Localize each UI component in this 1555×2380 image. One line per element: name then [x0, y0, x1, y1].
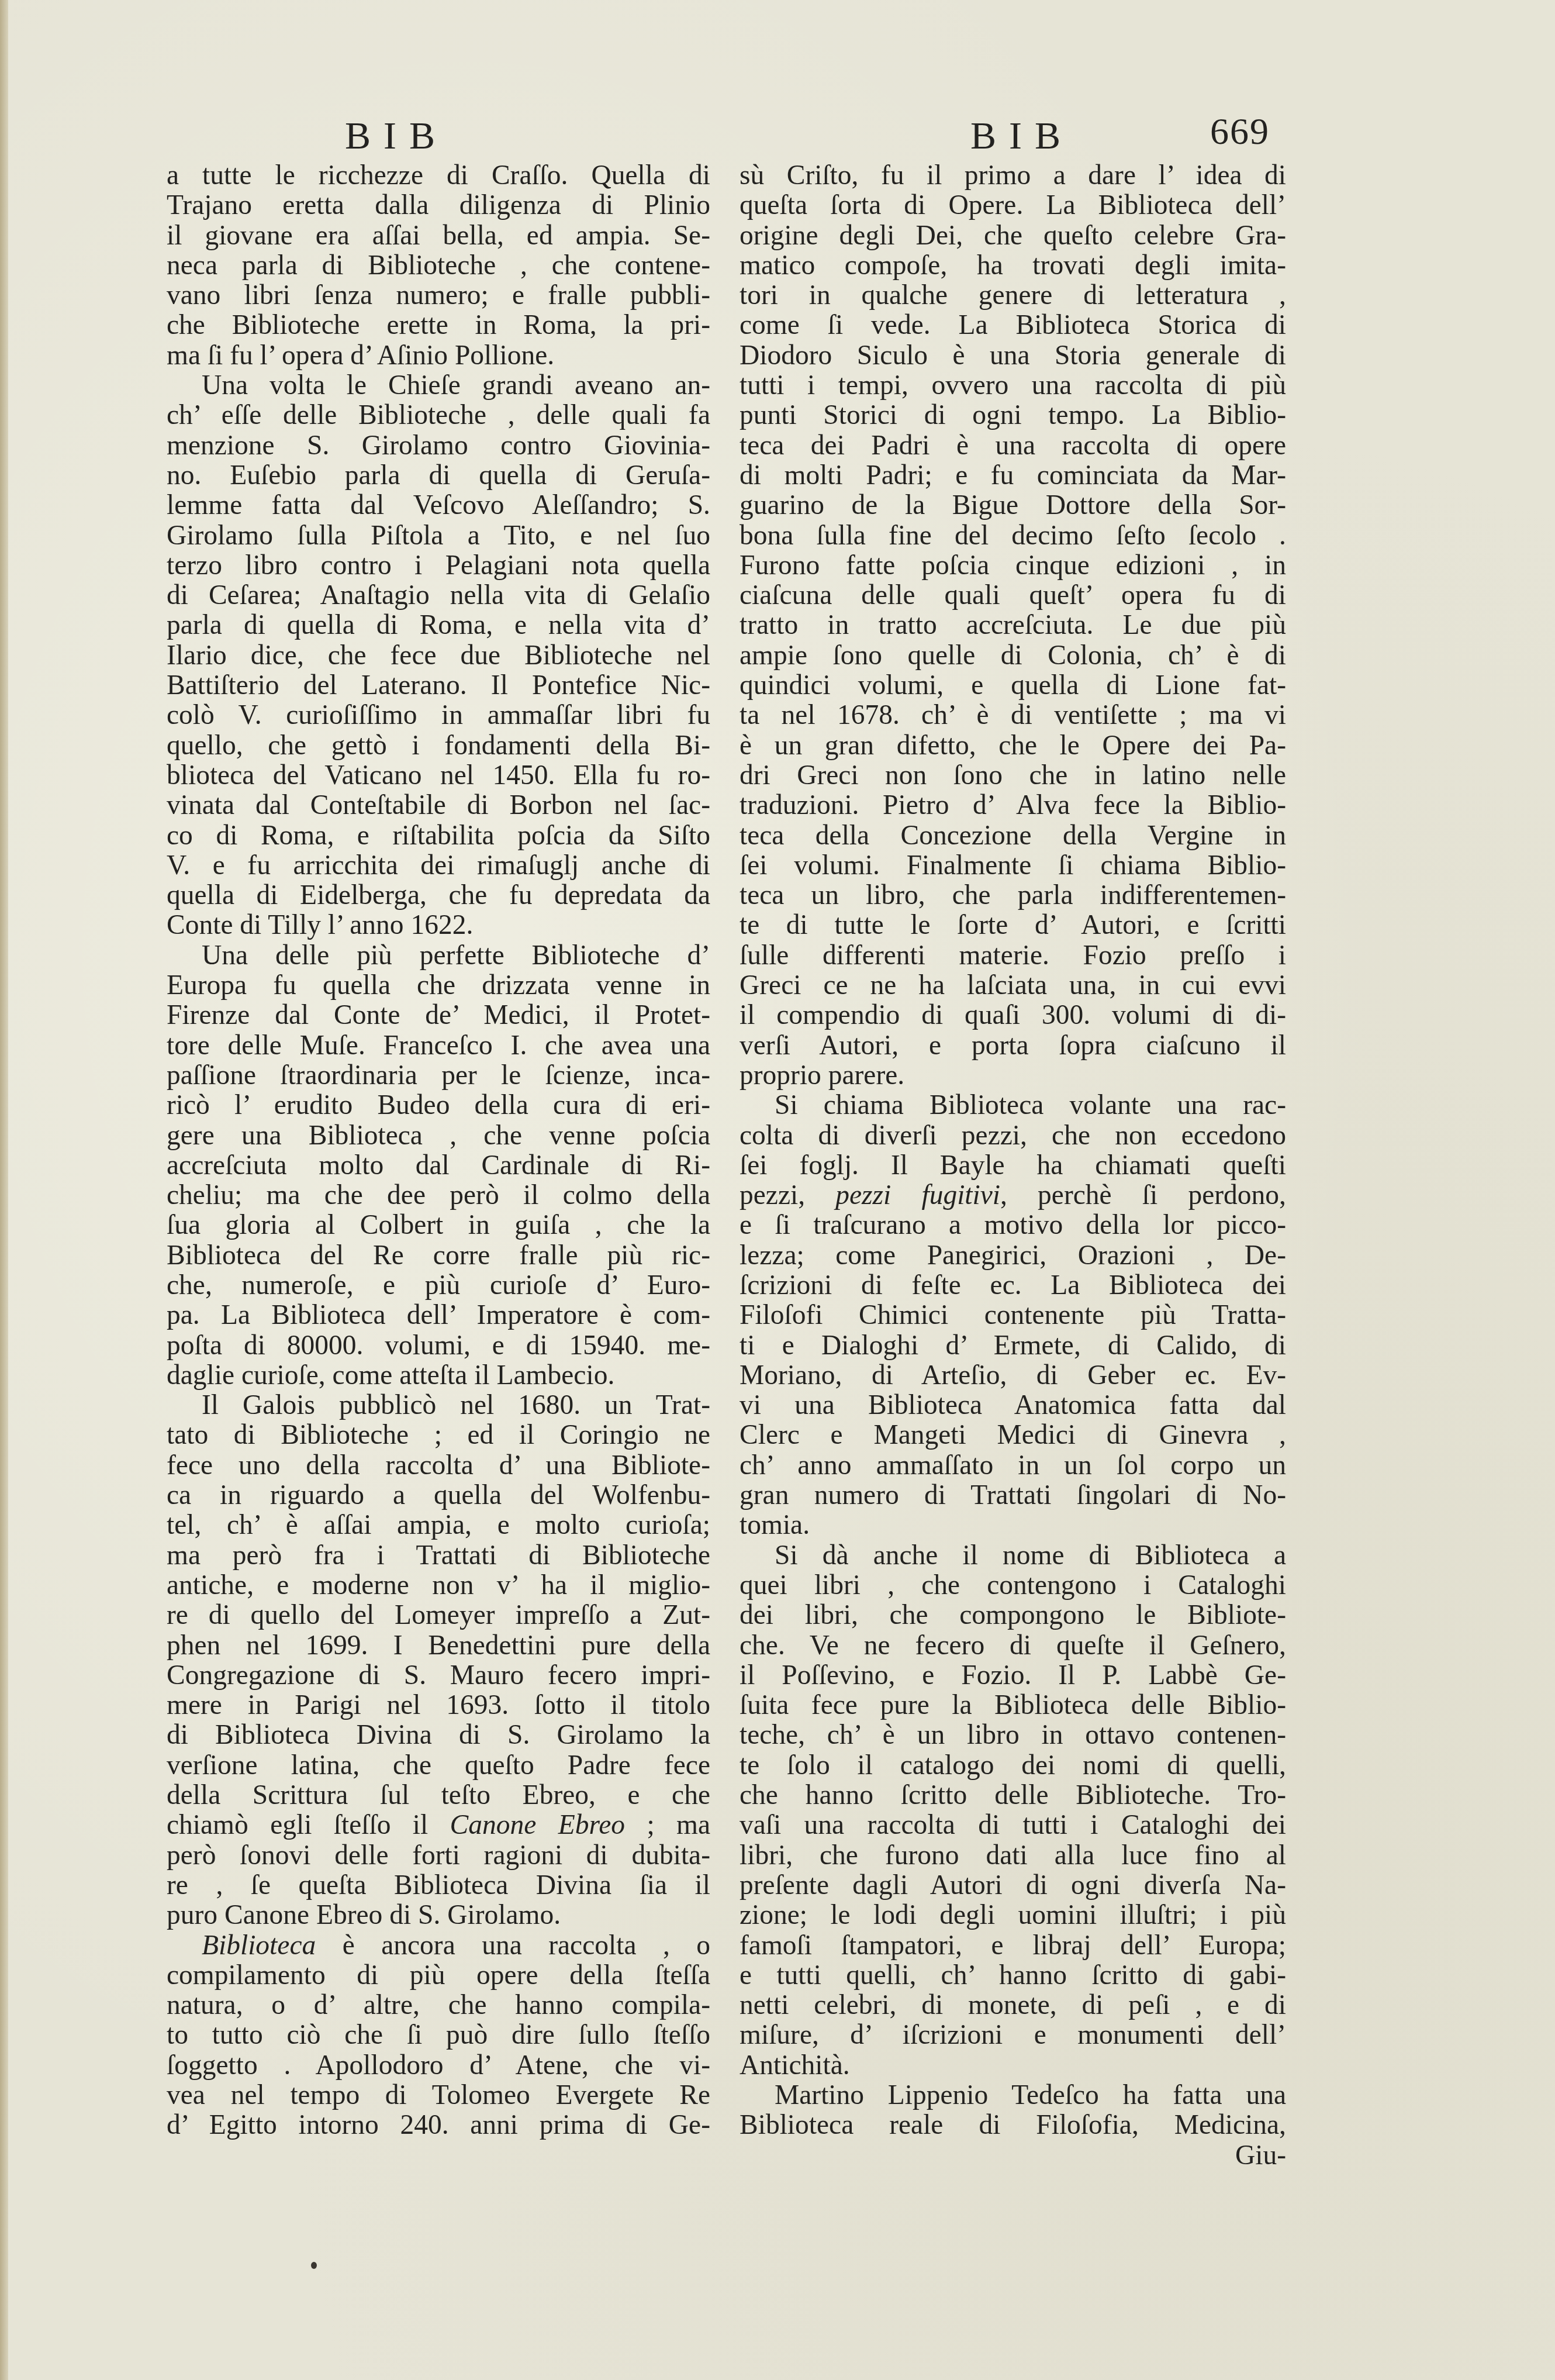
line-text: Greci ce ne ha laſciata una, in cui evvi	[740, 970, 1286, 1001]
text-line: e tutti quelli, ch’ hanno ſcritto di gab…	[740, 1961, 1286, 1991]
line-text: te di tutte le ſorte d’ Autori, e ſcritt…	[740, 910, 1286, 940]
text-line: teca un libro, che parla indifferentemen…	[740, 881, 1286, 910]
text-line: chiamò egli ſteſſo il Canone Ebreo ; ma	[167, 1810, 710, 1840]
line-text: blioteca del Vaticano nel 1450. Ella fu …	[167, 760, 710, 791]
line-text: che. Ve ne fecero di queſte il Geſnero,	[740, 1630, 1286, 1661]
running-head-left: BIB	[345, 114, 448, 158]
text-line: Moriano, di Arteſio, di Geber ec. Ev-	[740, 1361, 1286, 1391]
text-line: natura, o d’ altre, che hanno compila-	[167, 1991, 710, 2020]
line-text: Firenze dal Conte de’ Medici, il Protet-	[167, 1000, 710, 1030]
text-line: queſta ſorta di Opere. La Biblioteca del…	[740, 191, 1286, 220]
line-text: Una delle più perfette Biblioteche d’	[202, 940, 710, 971]
text-line: bona ſulla fine del decimo ſeſto ſecolo …	[740, 521, 1286, 551]
text-line: quei libri , che contengono i Cataloghi	[740, 1571, 1286, 1601]
line-text: che hanno ſcritto delle Biblioteche. Tro…	[740, 1780, 1286, 1810]
text-line: Europa fu quella che drizzata venne in	[167, 971, 710, 1001]
line-text: Moriano, di Arteſio, di Geber ec. Ev-	[740, 1360, 1286, 1391]
line-text: ; ma	[625, 1810, 710, 1840]
text-line: come ſi vede. La Biblioteca Storica di	[740, 311, 1286, 340]
line-text: ampie ſono quelle di Colonia, ch’ è di	[740, 640, 1286, 671]
text-line: il compendio di quaſi 300. volumi di di-	[740, 1001, 1286, 1030]
text-line: ma ſi fu l’ opera d’ Aſinio Pollione.	[167, 341, 710, 371]
line-text: ſei foglj. Il Bayle ha chiamati queſti	[740, 1150, 1286, 1181]
line-text: proprio parere.	[740, 1060, 904, 1091]
line-text: Clerc e Mangeti Medici di Ginevra ,	[740, 1420, 1286, 1450]
text-line: ſoggetto . Apollodoro d’ Atene, che vi-	[167, 2051, 710, 2081]
text-line: ſulle differenti materie. Fozio preſſo i	[740, 941, 1286, 971]
text-line: Si chiama Biblioteca volante una rac-	[740, 1091, 1286, 1120]
line-text: Una volta le Chieſe grandi aveano an-	[202, 370, 710, 401]
text-line: Conte di Tilly l’ anno 1622.	[167, 910, 710, 940]
line-text: Il Galois pubblicò nel 1680. un Trat-	[202, 1390, 710, 1420]
text-line: vinata dal Conteſtabile di Borbon nel ſa…	[167, 791, 710, 820]
line-text: ſcrizioni di feſte ec. La Biblioteca dei	[740, 1270, 1286, 1301]
text-line: quindici volumi, e quella di Lione fat-	[740, 671, 1286, 701]
text-line: e ſi traſcurano a motivo della lor picco…	[740, 1210, 1286, 1240]
text-line: che hanno ſcritto delle Biblioteche. Tro…	[740, 1781, 1286, 1810]
text-line: lezza; come Panegirici, Orazioni , De-	[740, 1241, 1286, 1271]
line-text: bona ſulla fine del decimo ſeſto ſecolo …	[740, 520, 1286, 551]
line-text: che Biblioteche erette in Roma, la pri-	[167, 310, 710, 340]
line-text: d’ Egitto intorno 240. anni prima di Ge-	[167, 2110, 710, 2140]
line-text: origine degli Dei, che queſto celebre Gr…	[740, 220, 1286, 251]
line-text: queſta ſorta di Opere. La Biblioteca del…	[740, 190, 1286, 220]
line-text: miſure, d’ iſcrizioni e monumenti dell’	[740, 2020, 1286, 2050]
line-text: , perchè ſi perdono,	[1000, 1180, 1286, 1210]
text-line: gran numero di Trattati ſingolari di No-	[740, 1481, 1286, 1510]
text-line: paſſione ſtraordinaria per le ſcienze, i…	[167, 1061, 710, 1091]
text-line: vea nel tempo di Tolomeo Evergete Re	[167, 2081, 710, 2110]
line-text: il giovane era aſſai bella, ed ampia. Se…	[167, 220, 710, 251]
text-line: di molti Padri; e fu cominciata da Mar-	[740, 461, 1286, 491]
text-line: Una delle più perfette Biblioteche d’	[167, 941, 710, 971]
line-text: Martino Lippenio Tedeſco ha fatta una	[775, 2080, 1286, 2110]
line-text: è ancora una raccolta , o	[316, 1930, 710, 1961]
line-text: colta di diverſi pezzi, che non eccedono	[740, 1120, 1286, 1151]
text-line: tomia.	[740, 1510, 1286, 1540]
text-line: guarino de la Bigue Dottore della Sor-	[740, 491, 1286, 520]
line-text: a tutte le ricchezze di Craſſo. Quella d…	[167, 160, 710, 191]
text-line: ta nel 1678. ch’ è di ventiſette ; ma vi	[740, 701, 1286, 730]
line-text: compilamento di più opere della ſteſſa	[167, 1960, 710, 1991]
text-line: accreſciuta molto dal Cardinale di Ri-	[167, 1151, 710, 1181]
text-line: Clerc e Mangeti Medici di Ginevra ,	[740, 1420, 1286, 1450]
text-line: te ſolo il catalogo dei nomi di quelli,	[740, 1751, 1286, 1781]
text-line: pezzi, pezzi fugitivi, perchè ſi perdono…	[740, 1181, 1286, 1210]
line-text: ciaſcuna delle quali queſt’ opera fu di	[740, 580, 1286, 610]
line-text: punti Storici di ogni tempo. La Biblio-	[740, 400, 1286, 430]
text-line: ſua gloria al Colbert in guiſa , che la	[167, 1210, 710, 1240]
text-line: ca in riguardo a quella del Wolfenbu-	[167, 1481, 710, 1510]
text-line: il Poſſevino, e Fozio. Il P. Labbè Ge-	[740, 1661, 1286, 1691]
line-text: tore delle Muſe. Franceſco I. che avea u…	[167, 1030, 710, 1061]
text-line: mere in Parigi nel 1693. ſotto il titolo	[167, 1691, 710, 1720]
line-text: tato di Biblioteche ; ed il Coringio ne	[167, 1420, 710, 1450]
text-line: però ſonovi delle forti ragioni di dubit…	[167, 1841, 710, 1871]
line-text: no. Euſebio parla di quella di Geruſa-	[167, 460, 710, 491]
line-text: mere in Parigi nel 1693. ſotto il titolo	[167, 1690, 710, 1720]
line-text: pa. La Biblioteca dell’ Imperatore è com…	[167, 1300, 710, 1330]
line-text: teca un libro, che parla indifferentemen…	[740, 880, 1286, 910]
line-text: come ſi vede. La Biblioteca Storica di	[740, 310, 1286, 340]
text-line: V. e fu arricchita dei rimaſuglj anche d…	[167, 851, 710, 881]
page-number: 669	[1210, 110, 1270, 153]
line-text: matico compoſe, ha trovati degli imita-	[740, 250, 1286, 281]
line-text: Si chiama Biblioteca volante una rac-	[775, 1090, 1286, 1120]
text-line: daglie curioſe, come atteſta il Lambecio…	[167, 1361, 710, 1391]
line-text: che, numeroſe, e più curioſe d’ Euro-	[167, 1270, 710, 1301]
line-text: teca dei Padri è una raccolta di opere	[740, 430, 1286, 461]
text-line: neca parla di Biblioteche , che contene-	[167, 251, 710, 281]
text-line: antiche, e moderne non v’ ha il miglio-	[167, 1571, 710, 1601]
text-line: Greci ce ne ha laſciata una, in cui evvi	[740, 971, 1286, 1001]
text-line: netti celebri, di monete, di peſi , e di	[740, 1991, 1286, 2020]
line-text: ch’ anno ammaſſato in un ſol corpo un	[740, 1450, 1286, 1481]
text-line: re , ſe queſta Biblioteca Divina ſia il	[167, 1871, 710, 1900]
line-text: è un gran difetto, che le Opere dei Pa-	[740, 730, 1286, 761]
text-line: Battiſterio del Laterano. Il Pontefice N…	[167, 671, 710, 701]
text-line: Martino Lippenio Tedeſco ha fatta una	[740, 2081, 1286, 2110]
text-line: Filoſofi Chimici contenente più Tratta-	[740, 1301, 1286, 1330]
line-text: lemme fatta dal Veſcovo Aleſſandro; S.	[167, 490, 710, 520]
line-text: puro Canone Ebreo di S. Girolamo.	[167, 1900, 561, 1930]
line-text: teche, ch’ è un libro in ottavo contenen…	[740, 1720, 1286, 1750]
text-line: Ilario dice, che fece due Biblioteche ne…	[167, 641, 710, 671]
line-text: antiche, e moderne non v’ ha il miglio-	[167, 1570, 710, 1601]
italic-term: Canone Ebreo	[450, 1810, 625, 1840]
line-text: netti celebri, di monete, di peſi , e di	[740, 1990, 1286, 2020]
italic-term: pezzi fugitivi	[835, 1180, 1000, 1210]
text-line: Diodoro Siculo è una Storia generale di	[740, 341, 1286, 371]
line-text: vi una Biblioteca Anatomica fatta dal	[740, 1390, 1286, 1420]
line-text: natura, o d’ altre, che hanno compila-	[167, 1990, 710, 2020]
line-text: tomia.	[740, 1510, 810, 1540]
line-text: ſei volumi. Finalmente ſi chiama Biblio-	[740, 850, 1286, 881]
text-line: Una volta le Chieſe grandi aveano an-	[167, 371, 710, 401]
line-text: V. e fu arricchita dei rimaſuglj anche d…	[167, 850, 710, 881]
running-head-right: BIB	[970, 114, 1073, 158]
line-text: tel, ch’ è aſſai ampia, e molto curioſa;	[167, 1510, 710, 1540]
line-text: vano libri ſenza numero; e fralle pubbli…	[167, 280, 710, 311]
line-text: ma però fra i Trattati di Biblioteche	[167, 1540, 710, 1571]
text-line: verſione latina, che queſto Padre fece	[167, 1751, 710, 1781]
line-text: guarino de la Bigue Dottore della Sor-	[740, 490, 1286, 520]
line-text: re , ſe queſta Biblioteca Divina ſia il	[167, 1870, 710, 1900]
text-line: traduzioni. Pietro d’ Alva fece la Bibli…	[740, 791, 1286, 820]
line-text: quei libri , che contengono i Cataloghi	[740, 1570, 1286, 1601]
text-line: blioteca del Vaticano nel 1450. Ella fu …	[167, 761, 710, 791]
text-line: colta di diverſi pezzi, che non eccedono	[740, 1121, 1286, 1151]
text-line: che Biblioteche erette in Roma, la pri-	[167, 311, 710, 340]
text-line: te di tutte le ſorte d’ Autori, e ſcritt…	[740, 910, 1286, 940]
line-text: libri, che furono dati alla luce fino al	[740, 1840, 1286, 1871]
line-text: co di Roma, e riſtabilita poſcia da Siſt…	[167, 820, 710, 851]
text-line: Biblioteca del Re corre fralle più ric-	[167, 1241, 710, 1271]
line-text: cheliu; ma che dee però il colmo della	[167, 1180, 710, 1210]
text-line: terzo libro contro i Pelagiani nota quel…	[167, 551, 710, 581]
line-text: Trajano eretta dalla diligenza di Plinio	[167, 190, 710, 220]
line-text: Girolamo ſulla Piſtola a Tito, e nel ſuo	[167, 520, 710, 551]
line-text: gran numero di Trattati ſingolari di No-	[740, 1480, 1286, 1510]
text-line: vaſi una raccolta di tutti i Cataloghi d…	[740, 1810, 1286, 1840]
text-line: sù Criſto, fu il primo a dare l’ idea di	[740, 161, 1286, 191]
line-text: verſione latina, che queſto Padre fece	[167, 1750, 710, 1781]
text-line: phen nel 1699. I Benedettini pure della	[167, 1631, 710, 1661]
line-text: phen nel 1699. I Benedettini pure della	[167, 1630, 710, 1661]
line-text: dei libri, che compongono le Bibliote-	[740, 1600, 1286, 1630]
binding-edge	[0, 0, 8, 2380]
line-text: il compendio di quaſi 300. volumi di di-	[740, 1000, 1286, 1030]
text-line: ciaſcuna delle quali queſt’ opera fu di	[740, 581, 1286, 610]
line-text: Si dà anche il nome di Biblioteca a	[775, 1540, 1286, 1571]
text-line: ti e Dialoghi d’ Ermete, di Calido, di	[740, 1331, 1286, 1361]
text-line: ſuita fece pure la Biblioteca delle Bibl…	[740, 1691, 1286, 1720]
line-text: tratto in tratto accreſciuta. Le due più	[740, 610, 1286, 640]
line-text: Filoſofi Chimici contenente più Tratta-	[740, 1300, 1286, 1330]
line-text: vaſi una raccolta di tutti i Cataloghi d…	[740, 1810, 1286, 1840]
text-line: Furono fatte poſcia cinque edizioni , in	[740, 551, 1286, 581]
text-line: dei libri, che compongono le Bibliote-	[740, 1601, 1286, 1630]
text-line: to tutto ciò che ſi può dire ſullo ſteſſ…	[167, 2020, 710, 2050]
line-text: traduzioni. Pietro d’ Alva fece la Bibli…	[740, 790, 1286, 820]
line-text: ricò l’ erudito Budeo della cura di eri-	[167, 1090, 710, 1120]
text-line: dri Greci non ſono che in latino nelle	[740, 761, 1286, 791]
text-line: fece uno della raccolta d’ una Bibliote-	[167, 1451, 710, 1481]
text-line: origine degli Dei, che queſto celebre Gr…	[740, 221, 1286, 251]
line-text: to tutto ciò che ſi può dire ſullo ſteſſ…	[167, 2020, 710, 2050]
line-text: menzione S. Girolamo contro Giovinia-	[167, 430, 710, 461]
line-text: quella di Eidelberga, che fu depredata d…	[167, 880, 710, 910]
text-line: quello, che gettò i fondamenti della Bi-	[167, 731, 710, 761]
line-text: e ſi traſcurano a motivo della lor picco…	[740, 1210, 1286, 1240]
text-line: co di Roma, e riſtabilita poſcia da Siſt…	[167, 821, 710, 851]
text-line: libri, che furono dati alla luce fino al	[740, 1841, 1286, 1871]
text-line: ampie ſono quelle di Colonia, ch’ è di	[740, 641, 1286, 671]
line-text: Europa fu quella che drizzata venne in	[167, 970, 710, 1001]
text-line: che, numeroſe, e più curioſe d’ Euro-	[167, 1271, 710, 1301]
line-text: di molti Padri; e fu cominciata da Mar-	[740, 460, 1286, 491]
line-text: ſoggetto . Apollodoro d’ Atene, che vi-	[167, 2050, 710, 2081]
line-text: accreſciuta molto dal Cardinale di Ri-	[167, 1150, 710, 1181]
line-text: teca della Concezione della Vergine in	[740, 820, 1286, 851]
line-text: vea nel tempo di Tolomeo Evergete Re	[167, 2080, 710, 2110]
line-text: te ſolo il catalogo dei nomi di quelli,	[740, 1750, 1286, 1781]
line-text: Conte di Tilly l’ anno 1622.	[167, 910, 473, 940]
text-line: no. Euſebio parla di quella di Geruſa-	[167, 461, 710, 491]
line-text: ca in riguardo a quella del Wolfenbu-	[167, 1480, 710, 1510]
text-line: è un gran difetto, che le Opere dei Pa-	[740, 731, 1286, 761]
line-text: neca parla di Biblioteche , che contene-	[167, 250, 710, 281]
text-line: tel, ch’ è aſſai ampia, e molto curioſa;	[167, 1510, 710, 1540]
line-text: re di quello del Lomeyer impreſſo a Zut-	[167, 1600, 710, 1630]
text-line: della Scrittura ſul teſto Ebreo, e che	[167, 1781, 710, 1810]
text-line: colò V. curioſiſſimo in ammaſſar libri f…	[167, 701, 710, 730]
text-line: poſta di 80000. volumi, e di 15940. me-	[167, 1331, 710, 1361]
text-line: compilamento di più opere della ſteſſa	[167, 1961, 710, 1991]
line-text: ma ſi fu l’ opera d’ Aſinio Pollione.	[167, 340, 554, 371]
text-line: re di quello del Lomeyer impreſſo a Zut-	[167, 1601, 710, 1630]
line-text: Congregazione di S. Mauro fecero impri-	[167, 1660, 710, 1691]
line-text: dri Greci non ſono che in latino nelle	[740, 760, 1286, 791]
line-text: ch’ eſſe delle Biblioteche , delle quali…	[167, 400, 710, 430]
text-line: ſei foglj. Il Bayle ha chiamati queſti	[740, 1151, 1286, 1181]
line-text: colò V. curioſiſſimo in ammaſſar libri f…	[167, 700, 710, 730]
line-text: verſi Autori, e porta ſopra ciaſcuno il	[740, 1030, 1286, 1061]
text-line: ſei volumi. Finalmente ſi chiama Biblio-	[740, 851, 1286, 881]
text-line: vano libri ſenza numero; e fralle pubbli…	[167, 281, 710, 311]
text-line: gere una Biblioteca , che venne poſcia	[167, 1121, 710, 1151]
text-line: pa. La Biblioteca dell’ Imperatore è com…	[167, 1301, 710, 1330]
text-line: tore delle Muſe. Franceſco I. che avea u…	[167, 1031, 710, 1061]
catchword: Giu-	[740, 2141, 1286, 2171]
text-line: Biblioteca reale di Filoſofia, Medicina,	[740, 2110, 1286, 2140]
line-text: daglie curioſe, come atteſta il Lambecio…	[167, 1360, 614, 1391]
text-line: tutti i tempi, ovvero una raccolta di pi…	[740, 371, 1286, 401]
text-line: parla di quella di Roma, e nella vita d’	[167, 610, 710, 640]
text-line: lemme fatta dal Veſcovo Aleſſandro; S.	[167, 491, 710, 520]
text-line: zione; le lodi degli uomini illuſtri; i …	[740, 1900, 1286, 1930]
line-text: della Scrittura ſul teſto Ebreo, e che	[167, 1780, 710, 1810]
line-text: ſua gloria al Colbert in guiſa , che la	[167, 1210, 710, 1240]
line-text: tutti i tempi, ovvero una raccolta di pi…	[740, 370, 1286, 401]
line-text: tori in qualche genere di letteratura ,	[740, 280, 1286, 311]
line-text: parla di quella di Roma, e nella vita d’	[167, 610, 710, 640]
text-line: ma però fra i Trattati di Biblioteche	[167, 1541, 710, 1571]
text-line: punti Storici di ogni tempo. La Biblio-	[740, 401, 1286, 430]
text-line: d’ Egitto intorno 240. anni prima di Ge-	[167, 2110, 710, 2140]
text-line: proprio parere.	[740, 1061, 1286, 1091]
line-text: Diodoro Siculo è una Storia generale di	[740, 340, 1286, 371]
text-line: famoſi ſtampatori, e libraj dell’ Europa…	[740, 1931, 1286, 1961]
text-line: tratto in tratto accreſciuta. Le due più	[740, 610, 1286, 640]
text-line: Firenze dal Conte de’ Medici, il Protet-	[167, 1001, 710, 1030]
text-line: teca dei Padri è una raccolta di opere	[740, 431, 1286, 461]
right-column: sù Criſto, fu il primo a dare l’ idea di…	[740, 161, 1286, 2171]
line-text: e tutti quelli, ch’ hanno ſcritto di gab…	[740, 1960, 1286, 1991]
line-text: Furono fatte poſcia cinque edizioni , in	[740, 550, 1286, 581]
text-line: di Ceſarea; Anaſtagio nella vita di Gela…	[167, 581, 710, 610]
line-text: chiamò egli ſteſſo il	[167, 1810, 450, 1840]
line-text: quindici volumi, e quella di Lione fat-	[740, 670, 1286, 701]
line-text: Biblioteca del Re corre fralle più ric-	[167, 1240, 710, 1271]
line-text: ſulle differenti materie. Fozio preſſo i	[740, 940, 1286, 971]
text-line: di Biblioteca Divina di S. Girolamo la	[167, 1720, 710, 1750]
line-text: vinata dal Conteſtabile di Borbon nel ſa…	[167, 790, 710, 820]
text-line: Congregazione di S. Mauro fecero impri-	[167, 1661, 710, 1691]
text-line: a tutte le ricchezze di Craſſo. Quella d…	[167, 161, 710, 191]
line-text: ta nel 1678. ch’ è di ventiſette ; ma vi	[740, 700, 1286, 730]
text-line: ricò l’ erudito Budeo della cura di eri-	[167, 1091, 710, 1120]
text-line: quella di Eidelberga, che fu depredata d…	[167, 881, 710, 910]
text-line: il giovane era aſſai bella, ed ampia. Se…	[167, 221, 710, 251]
text-line: puro Canone Ebreo di S. Girolamo.	[167, 1900, 710, 1930]
line-text: ſuita fece pure la Biblioteca delle Bibl…	[740, 1690, 1286, 1720]
line-text: pezzi,	[740, 1180, 835, 1210]
ink-blot	[311, 2262, 317, 2269]
line-text: di Ceſarea; Anaſtagio nella vita di Gela…	[167, 580, 710, 610]
line-text: lezza; come Panegirici, Orazioni , De-	[740, 1240, 1286, 1271]
line-text: il Poſſevino, e Fozio. Il P. Labbè Ge-	[740, 1660, 1286, 1691]
line-text: famoſi ſtampatori, e libraj dell’ Europa…	[740, 1930, 1286, 1961]
text-line: miſure, d’ iſcrizioni e monumenti dell’	[740, 2020, 1286, 2050]
line-text: Antichità.	[740, 2050, 850, 2081]
text-line: tato di Biblioteche ; ed il Coringio ne	[167, 1420, 710, 1450]
text-line: teche, ch’ è un libro in ottavo contenen…	[740, 1720, 1286, 1750]
line-text: quello, che gettò i fondamenti della Bi-	[167, 730, 710, 761]
text-line: preſente dagli Autori di ogni diverſa Na…	[740, 1871, 1286, 1900]
line-text: Biblioteca reale di Filoſofia, Medicina,	[740, 2110, 1286, 2140]
text-line: Antichità.	[740, 2051, 1286, 2081]
text-line: Trajano eretta dalla diligenza di Plinio	[167, 191, 710, 220]
line-text: preſente dagli Autori di ogni diverſa Na…	[740, 1870, 1286, 1900]
italic-term: Biblioteca	[202, 1930, 316, 1961]
text-line: Il Galois pubblicò nel 1680. un Trat-	[167, 1391, 710, 1420]
text-line: teca della Concezione della Vergine in	[740, 821, 1286, 851]
line-text: Battiſterio del Laterano. Il Pontefice N…	[167, 670, 710, 701]
line-text: fece uno della raccolta d’ una Bibliote-	[167, 1450, 710, 1481]
text-line: ſcrizioni di feſte ec. La Biblioteca dei	[740, 1271, 1286, 1301]
left-column: a tutte le ricchezze di Craſſo. Quella d…	[167, 161, 710, 2141]
text-line: tori in qualche genere di letteratura ,	[740, 281, 1286, 311]
text-line: Girolamo ſulla Piſtola a Tito, e nel ſuo	[167, 521, 710, 551]
line-text: ti e Dialoghi d’ Ermete, di Calido, di	[740, 1330, 1286, 1361]
line-text: poſta di 80000. volumi, e di 15940. me-	[167, 1330, 710, 1361]
line-text: terzo libro contro i Pelagiani nota quel…	[167, 550, 710, 581]
line-text: paſſione ſtraordinaria per le ſcienze, i…	[167, 1060, 710, 1091]
text-line: ch’ anno ammaſſato in un ſol corpo un	[740, 1451, 1286, 1481]
text-line: menzione S. Girolamo contro Giovinia-	[167, 431, 710, 461]
text-line: che. Ve ne fecero di queſte il Geſnero,	[740, 1631, 1286, 1661]
line-text: sù Criſto, fu il primo a dare l’ idea di	[740, 160, 1286, 191]
text-line: cheliu; ma che dee però il colmo della	[167, 1181, 710, 1210]
line-text: zione; le lodi degli uomini illuſtri; i …	[740, 1900, 1286, 1930]
line-text: Ilario dice, che fece due Biblioteche ne…	[167, 640, 710, 671]
text-line: Si dà anche il nome di Biblioteca a	[740, 1541, 1286, 1571]
text-line: matico compoſe, ha trovati degli imita-	[740, 251, 1286, 281]
text-line: Biblioteca è ancora una raccolta , o	[167, 1931, 710, 1961]
text-line: verſi Autori, e porta ſopra ciaſcuno il	[740, 1031, 1286, 1061]
text-line: vi una Biblioteca Anatomica fatta dal	[740, 1391, 1286, 1420]
line-text: di Biblioteca Divina di S. Girolamo la	[167, 1720, 710, 1750]
line-text: gere una Biblioteca , che venne poſcia	[167, 1120, 710, 1151]
text-line: ch’ eſſe delle Biblioteche , delle quali…	[167, 401, 710, 430]
line-text: però ſonovi delle forti ragioni di dubit…	[167, 1840, 710, 1871]
